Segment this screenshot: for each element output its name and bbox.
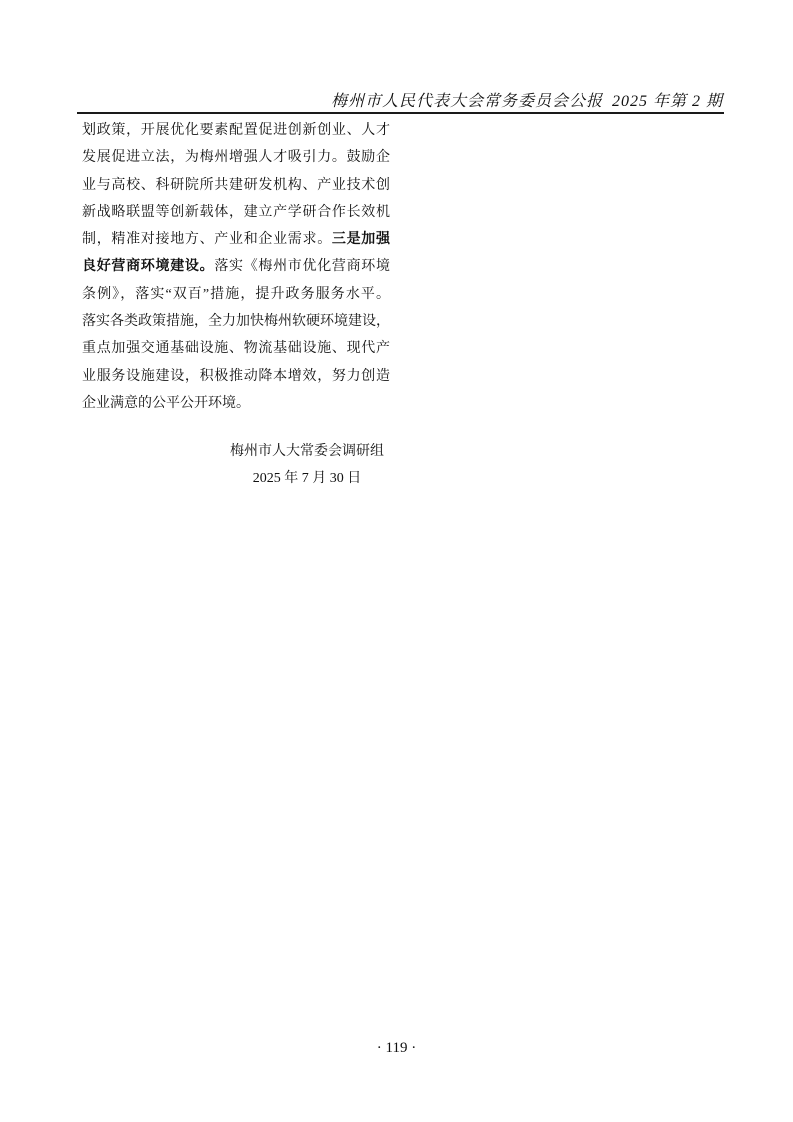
signature-organization: 梅州市人大常委会调研组 xyxy=(222,438,392,465)
article-paragraph: 划政策，开展优化要素配置促进创新创业、人才发展促进立法，为梅州增强人才吸引力。鼓… xyxy=(82,117,390,417)
text-line: 业与高校、科研院所共建研发机构、产业技术创 xyxy=(82,172,390,199)
text-segment: 新战略联盟等创新载体，建立产学研合作长效机 xyxy=(82,205,390,220)
journal-title: 梅州市人民代表大会常务委员会公报 xyxy=(331,93,603,110)
text-line: 新战略联盟等创新载体，建立产学研合作长效机 xyxy=(82,199,390,226)
page-footer: · 119 · xyxy=(0,1040,793,1057)
text-line: 业服务设施建设，积极推动降本增效，努力创造 xyxy=(82,363,390,390)
header-rule xyxy=(77,112,724,114)
text-segment: 发展促进立法，为梅州增强人才吸引力。鼓励企 xyxy=(82,150,390,165)
signature-block: 梅州市人大常委会调研组 2025 年 7 月 30 日 xyxy=(222,438,392,493)
text-segment: 企业满意的公平公开环境。 xyxy=(82,396,250,411)
text-segment: 条例》，落实“双百”措施，提升政务服务水平。 xyxy=(82,287,390,302)
text-line: 划政策，开展优化要素配置促进创新创业、人才 xyxy=(82,117,390,144)
text-segment: 划政策，开展优化要素配置促进创新创业、人才 xyxy=(82,123,390,138)
page-number: · 119 · xyxy=(377,1040,416,1056)
text-line: 落实各类政策措施，全力加快梅州软硬环境建设， xyxy=(82,308,390,335)
text-segment: 重点加强交通基础设施、物流基础设施、现代产 xyxy=(82,341,390,356)
text-line: 企业满意的公平公开环境。 xyxy=(82,390,390,417)
text-line: 重点加强交通基础设施、物流基础设施、现代产 xyxy=(82,335,390,362)
bold-text-segment: 良好营商环境建设。 xyxy=(82,259,214,274)
text-segment: 制，精准对接地方、产业和企业需求。 xyxy=(82,232,332,247)
text-line: 良好营商环境建设。落实《梅州市优化营商环境 xyxy=(82,253,390,280)
text-segment: 业服务设施建设，积极推动降本增效，努力创造 xyxy=(82,369,390,384)
bulletin-page: 梅州市人民代表大会常务委员会公报2025 年第 2 期 划政策，开展优化要素配置… xyxy=(0,0,793,1122)
text-segment: 落实各类政策措施，全力加快梅州软硬环境建设， xyxy=(82,314,390,329)
page-header: 梅州市人民代表大会常务委员会公报2025 年第 2 期 xyxy=(331,88,723,111)
text-line: 制，精准对接地方、产业和企业需求。三是加强 xyxy=(82,226,390,253)
text-segment: 落实《梅州市优化营商环境 xyxy=(214,259,390,274)
signature-date: 2025 年 7 月 30 日 xyxy=(222,465,392,492)
journal-issue: 2025 年第 2 期 xyxy=(612,93,723,110)
bold-text-segment: 三是加强 xyxy=(332,232,390,247)
text-segment: 业与高校、科研院所共建研发机构、产业技术创 xyxy=(82,178,390,193)
text-line: 条例》，落实“双百”措施，提升政务服务水平。 xyxy=(82,281,390,308)
text-line: 发展促进立法，为梅州增强人才吸引力。鼓励企 xyxy=(82,144,390,171)
